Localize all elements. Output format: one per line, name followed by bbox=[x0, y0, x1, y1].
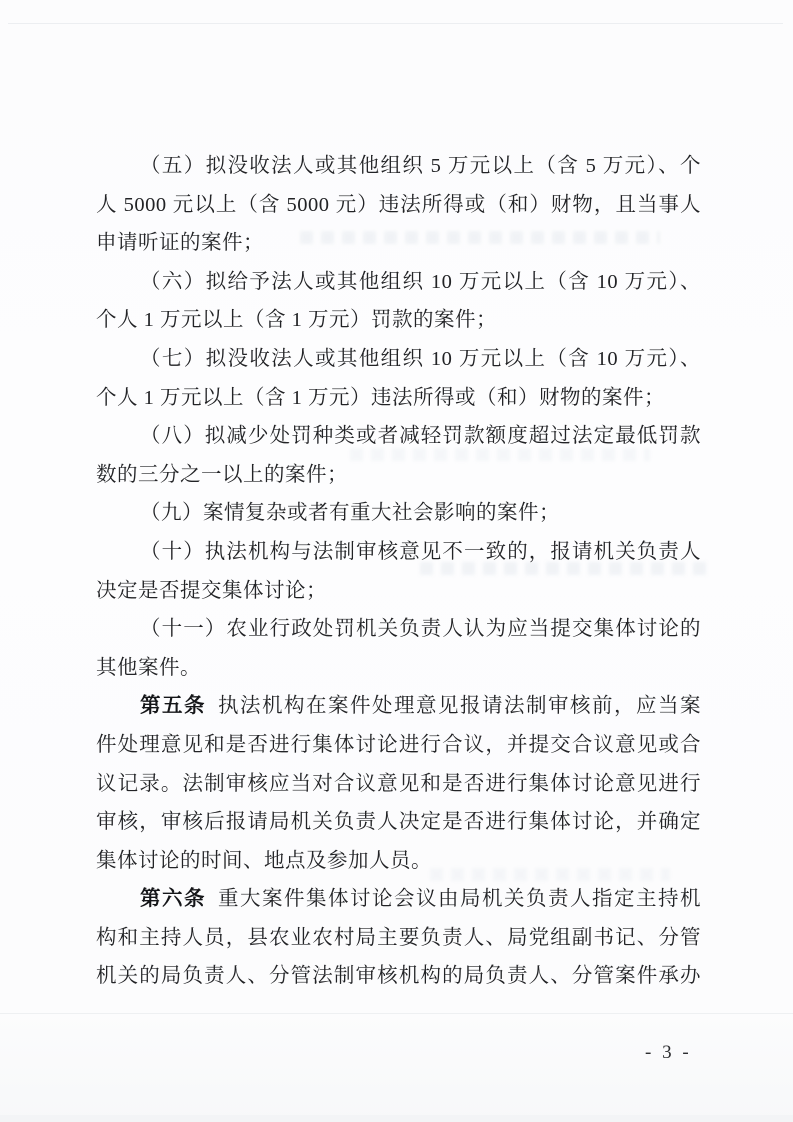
line-text: 人 5000 元以上（含 5000 元）违法所得或（和）财物，且当事人 bbox=[96, 194, 701, 216]
line-text: 数的三分之一以上的案件； bbox=[96, 464, 348, 486]
scan-artifact-line-bottom bbox=[0, 1013, 793, 1014]
scanned-document-page: （五）拟没收法人或其他组织 5 万元以上（含 5 万元）、个 人 5000 元以… bbox=[0, 0, 793, 1122]
article-number-label: 第五条 bbox=[140, 695, 206, 717]
document-line: 数的三分之一以上的案件； bbox=[96, 456, 701, 495]
document-line: 集体讨论的时间、地点及参加人员。 bbox=[96, 842, 701, 881]
document-line: 个人 1 万元以上（含 1 万元）违法所得或（和）财物的案件； bbox=[96, 379, 701, 418]
document-line: （八）拟减少处罚种类或者减轻罚款额度超过法定最低罚款 bbox=[96, 417, 701, 456]
document-line: （六）拟给予法人或其他组织 10 万元以上（含 10 万元）、 bbox=[96, 263, 701, 302]
line-text: （十）执法机构与法制审核意见不一致的，报请机关负责人 bbox=[140, 541, 701, 563]
line-text: （五）拟没收法人或其他组织 5 万元以上（含 5 万元）、个 bbox=[140, 155, 701, 177]
line-text: （十一）农业行政处罚机关负责人认为应当提交集体讨论的 bbox=[140, 618, 701, 640]
document-line: （五）拟没收法人或其他组织 5 万元以上（含 5 万元）、个 bbox=[96, 147, 701, 186]
document-line: （十）执法机构与法制审核意见不一致的，报请机关负责人 bbox=[96, 533, 701, 572]
document-body: （五）拟没收法人或其他组织 5 万元以上（含 5 万元）、个 人 5000 元以… bbox=[96, 147, 701, 996]
line-text: 议记录。法制审核应当对合议意见和是否进行集体讨论意见进行 bbox=[96, 773, 701, 795]
document-line: 审核，审核后报请局机关负责人决定是否进行集体讨论，并确定 bbox=[96, 803, 701, 842]
line-text: 个人 1 万元以上（含 1 万元）罚款的案件； bbox=[96, 309, 497, 331]
document-line: 第六条重大案件集体讨论会议由局机关负责人指定主持机 bbox=[96, 880, 701, 919]
document-line: 其他案件。 bbox=[96, 649, 701, 688]
line-text: （九）案情复杂或者有重大社会影响的案件； bbox=[140, 502, 560, 524]
document-line: 件处理意见和是否进行集体讨论进行合议，并提交合议意见或合 bbox=[96, 726, 701, 765]
line-text: （八）拟减少处罚种类或者减轻罚款额度超过法定最低罚款 bbox=[140, 425, 701, 447]
document-line: 机关的局负责人、分管法制审核机构的局负责人、分管案件承办 bbox=[96, 957, 701, 996]
document-line: （七）拟没收法人或其他组织 10 万元以上（含 10 万元）、 bbox=[96, 340, 701, 379]
document-line: （十一）农业行政处罚机关负责人认为应当提交集体讨论的 bbox=[96, 610, 701, 649]
line-text: 重大案件集体讨论会议由局机关负责人指定主持机 bbox=[218, 888, 701, 910]
document-line: 议记录。法制审核应当对合议意见和是否进行集体讨论意见进行 bbox=[96, 765, 701, 804]
line-text: 决定是否提交集体讨论； bbox=[96, 580, 327, 602]
line-text: 审核，审核后报请局机关负责人决定是否进行集体讨论，并确定 bbox=[96, 811, 701, 833]
document-line: 人 5000 元以上（含 5000 元）违法所得或（和）财物，且当事人 bbox=[96, 186, 701, 225]
line-text: 申请听证的案件； bbox=[96, 232, 264, 254]
line-text: 执法机构在案件处理意见报请法制审核前，应当案 bbox=[218, 695, 701, 717]
document-line: 申请听证的案件； bbox=[96, 224, 701, 263]
line-text: 其他案件。 bbox=[96, 657, 201, 679]
line-text: 个人 1 万元以上（含 1 万元）违法所得或（和）财物的案件； bbox=[96, 387, 665, 409]
line-text: 机关的局负责人、分管法制审核机构的局负责人、分管案件承办 bbox=[96, 965, 701, 987]
document-line: 构和主持人员，县农业农村局主要负责人、局党组副书记、分管 bbox=[96, 919, 701, 958]
line-text: （六）拟给予法人或其他组织 10 万元以上（含 10 万元）、 bbox=[140, 271, 701, 293]
document-line: 决定是否提交集体讨论； bbox=[96, 572, 701, 611]
scan-edge-shadow bbox=[0, 1115, 793, 1122]
line-text: 集体讨论的时间、地点及参加人员。 bbox=[96, 850, 432, 872]
document-line: 第五条执法机构在案件处理意见报请法制审核前，应当案 bbox=[96, 687, 701, 726]
document-line: 个人 1 万元以上（含 1 万元）罚款的案件； bbox=[96, 301, 701, 340]
line-text: 件处理意见和是否进行集体讨论进行合议，并提交合议意见或合 bbox=[96, 734, 701, 756]
line-text: （七）拟没收法人或其他组织 10 万元以上（含 10 万元）、 bbox=[140, 348, 701, 370]
page-number: - 3 - bbox=[645, 1042, 692, 1064]
article-number-label: 第六条 bbox=[140, 888, 206, 910]
document-line: （九）案情复杂或者有重大社会影响的案件； bbox=[96, 494, 701, 533]
line-text: 构和主持人员，县农业农村局主要负责人、局党组副书记、分管 bbox=[96, 927, 701, 949]
scan-artifact-line-top bbox=[8, 23, 783, 24]
